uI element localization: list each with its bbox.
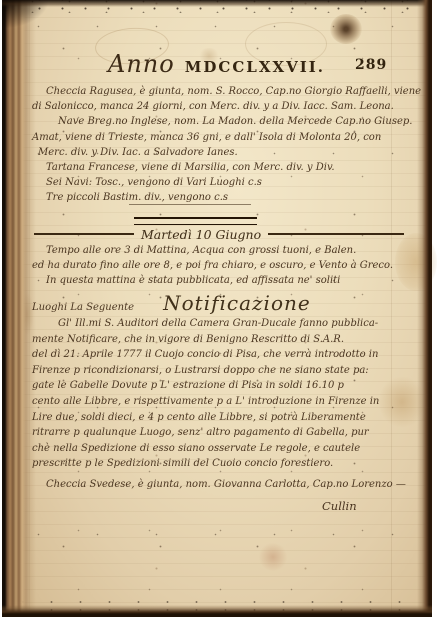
manuscript-line: del dì 21. Aprile 1777 il Cuojo concio d… <box>32 347 428 363</box>
manuscript-line: di Salonicco, manca 24 giorni, con Merc.… <box>32 99 428 114</box>
manuscript-line: ed ha durato fino alle ore 8, e poi fra … <box>32 258 428 273</box>
notification-intro: Luoghi La Seguente <box>32 302 134 313</box>
manuscript-line: Lire due, soldi dieci, e 4 p cento alle … <box>32 410 428 426</box>
manuscript-line: Tartana Francese, viene di Marsilia, con… <box>32 160 428 175</box>
book-binding-edge <box>2 0 36 617</box>
manuscript-line: In questa mattina è stata pubblicata, ed… <box>32 273 428 288</box>
notification-body-block: Gl' Ill.mi S. Auditori della Camera Gran… <box>32 316 428 472</box>
page-header: Anno MDCCLXXVII. <box>108 50 325 78</box>
date-rule-right <box>268 233 404 234</box>
date-rule-left <box>34 233 134 234</box>
manuscript-line: mente Notificare, che in vigore di Benig… <box>32 332 428 348</box>
page-bottom-edge <box>2 605 432 617</box>
notification-title: Notificazione <box>163 291 311 315</box>
manuscript-line: Nave Breg.no Inglese, nom. La Madon. del… <box>32 114 428 129</box>
manuscript-line: Gl' Ill.mi S. Auditori della Camera Gran… <box>32 316 428 332</box>
signature: Cullin <box>322 499 357 513</box>
ink-blot-stain <box>330 14 362 44</box>
manuscript-line: Checcia Svedese, è giunta, nom. Giovanna… <box>32 477 428 492</box>
paper-stain <box>258 543 288 571</box>
scan-photo: Anno MDCCLXXVII. 289 Checcia Ragusea, è … <box>0 0 438 620</box>
manuscript-line: Checcia Ragusea, è giunta, nom. S. Rocco… <box>32 84 428 99</box>
manuscript-line: Tempo alle ore 3 di Mattina, Acqua con g… <box>32 243 428 258</box>
header-year-roman: MDCCLXXVII. <box>185 58 325 76</box>
ship-entries-block: Checcia Ragusea, è giunta, nom. S. Rocco… <box>32 84 428 206</box>
manuscript-line: cento alle Libbre, e rispettivamente p a… <box>32 394 428 410</box>
manuscript-line: prescritte p le Spedizioni simili del Cu… <box>32 456 428 472</box>
header-anno-word: Anno <box>108 50 175 78</box>
page-number: 289 <box>355 57 387 73</box>
notification-heading: Luoghi La Seguente Notificazione <box>32 291 311 315</box>
closing-entry-block: Checcia Svedese, è giunta, nom. Giovanna… <box>32 477 428 492</box>
manuscript-line: ritrarre p qualunque Luogo, senz' altro … <box>32 425 428 441</box>
weather-entry-block: Tempo alle ore 3 di Mattina, Acqua con g… <box>32 243 428 289</box>
date-label: Martedì 10 Giugno <box>141 227 261 242</box>
manuscript-line: Amat, viene di Trieste, manca 36 gni, e … <box>32 130 428 145</box>
manuscript-line: gate le Gabelle Dovute p L' estrazione d… <box>32 378 428 394</box>
entry-underline-rule <box>129 204 251 205</box>
page-top-edge <box>2 0 432 7</box>
date-heading: Martedì 10 Giugno <box>34 226 404 242</box>
manuscript-line: Merc. div. y Div. Iac. a Salvadore Ianes… <box>32 145 428 160</box>
manuscript-line: Firenze p ricondizionarsi, o Lustrarsi d… <box>32 363 428 379</box>
manuscript-line: chè nella Spedizione di esso siano osser… <box>32 441 428 457</box>
manuscript-page: Anno MDCCLXXVII. 289 Checcia Ragusea, è … <box>2 0 432 617</box>
manuscript-line: Sei Navi: Tosc., vengono di Vari Luoghi … <box>32 175 428 190</box>
section-divider <box>134 217 257 225</box>
